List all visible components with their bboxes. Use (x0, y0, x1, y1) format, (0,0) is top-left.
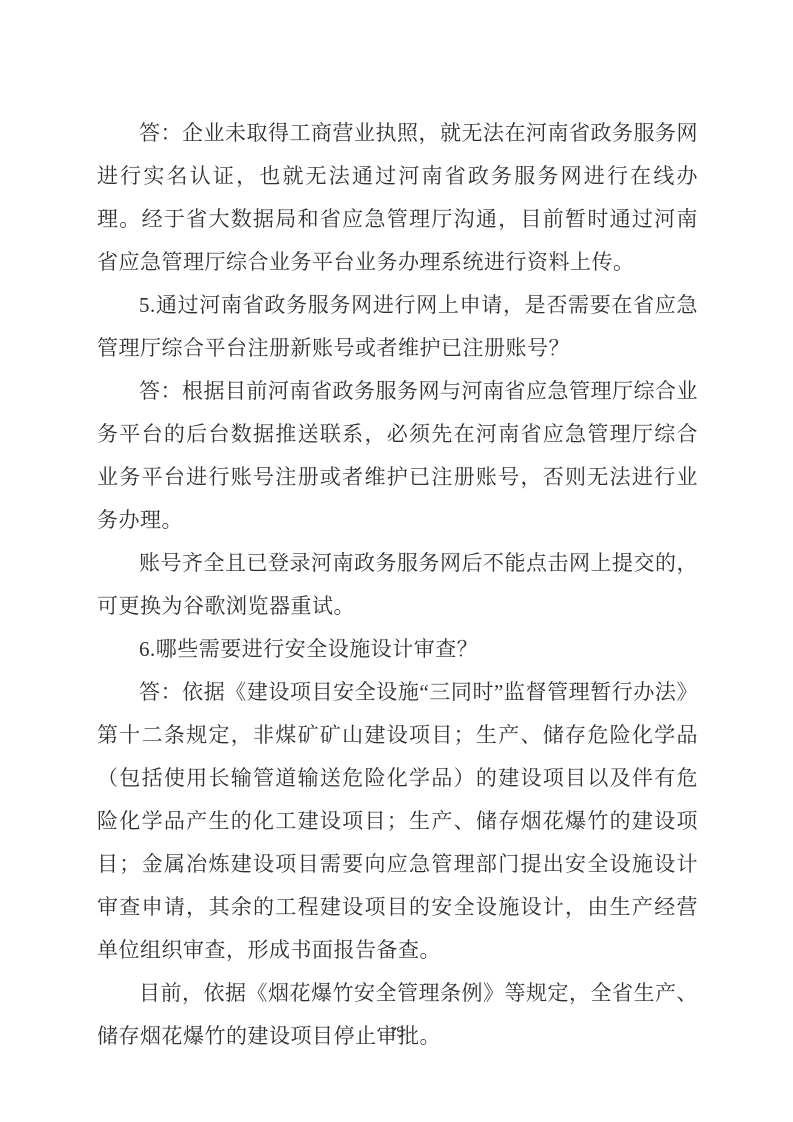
document-body: 答：企业未取得工商营业执照，就无法在河南省政务服务网进行实名认证，也就无法通过河… (97, 112, 698, 1058)
document-page: 答：企业未取得工商营业执照，就无法在河南省政务服务网进行实名认证，也就无法通过河… (0, 0, 793, 1122)
paragraph-answer-q4: 答：企业未取得工商营业执照，就无法在河南省政务服务网进行实名认证，也就无法通过河… (97, 112, 698, 284)
paragraph-answer-q5-note: 账号齐全且已登录河南政务服务网后不能点击网上提交的，可更换为谷歌浏览器重试。 (97, 542, 698, 628)
paragraph-answer-q5: 答：根据目前河南省政务服务网与河南省应急管理厅综合业务平台的后台数据推送联系，必… (97, 370, 698, 542)
paragraph-question-5: 5.通过河南省政务服务网进行网上申请，是否需要在省应急管理厅综合平台注册新账号或… (97, 284, 698, 370)
paragraph-answer-q6-note: 目前，依据《烟花爆竹安全管理条例》等规定，全省生产、储存烟花爆竹的建设项目停止审… (97, 972, 698, 1058)
paragraph-answer-q6: 答：依据《建设项目安全设施“三同时”监督管理暂行办法》第十二条规定，非煤矿矿山建… (97, 671, 698, 972)
paragraph-question-6: 6.哪些需要进行安全设施设计审查？ (97, 628, 698, 671)
page-number: 19 (0, 1024, 793, 1041)
